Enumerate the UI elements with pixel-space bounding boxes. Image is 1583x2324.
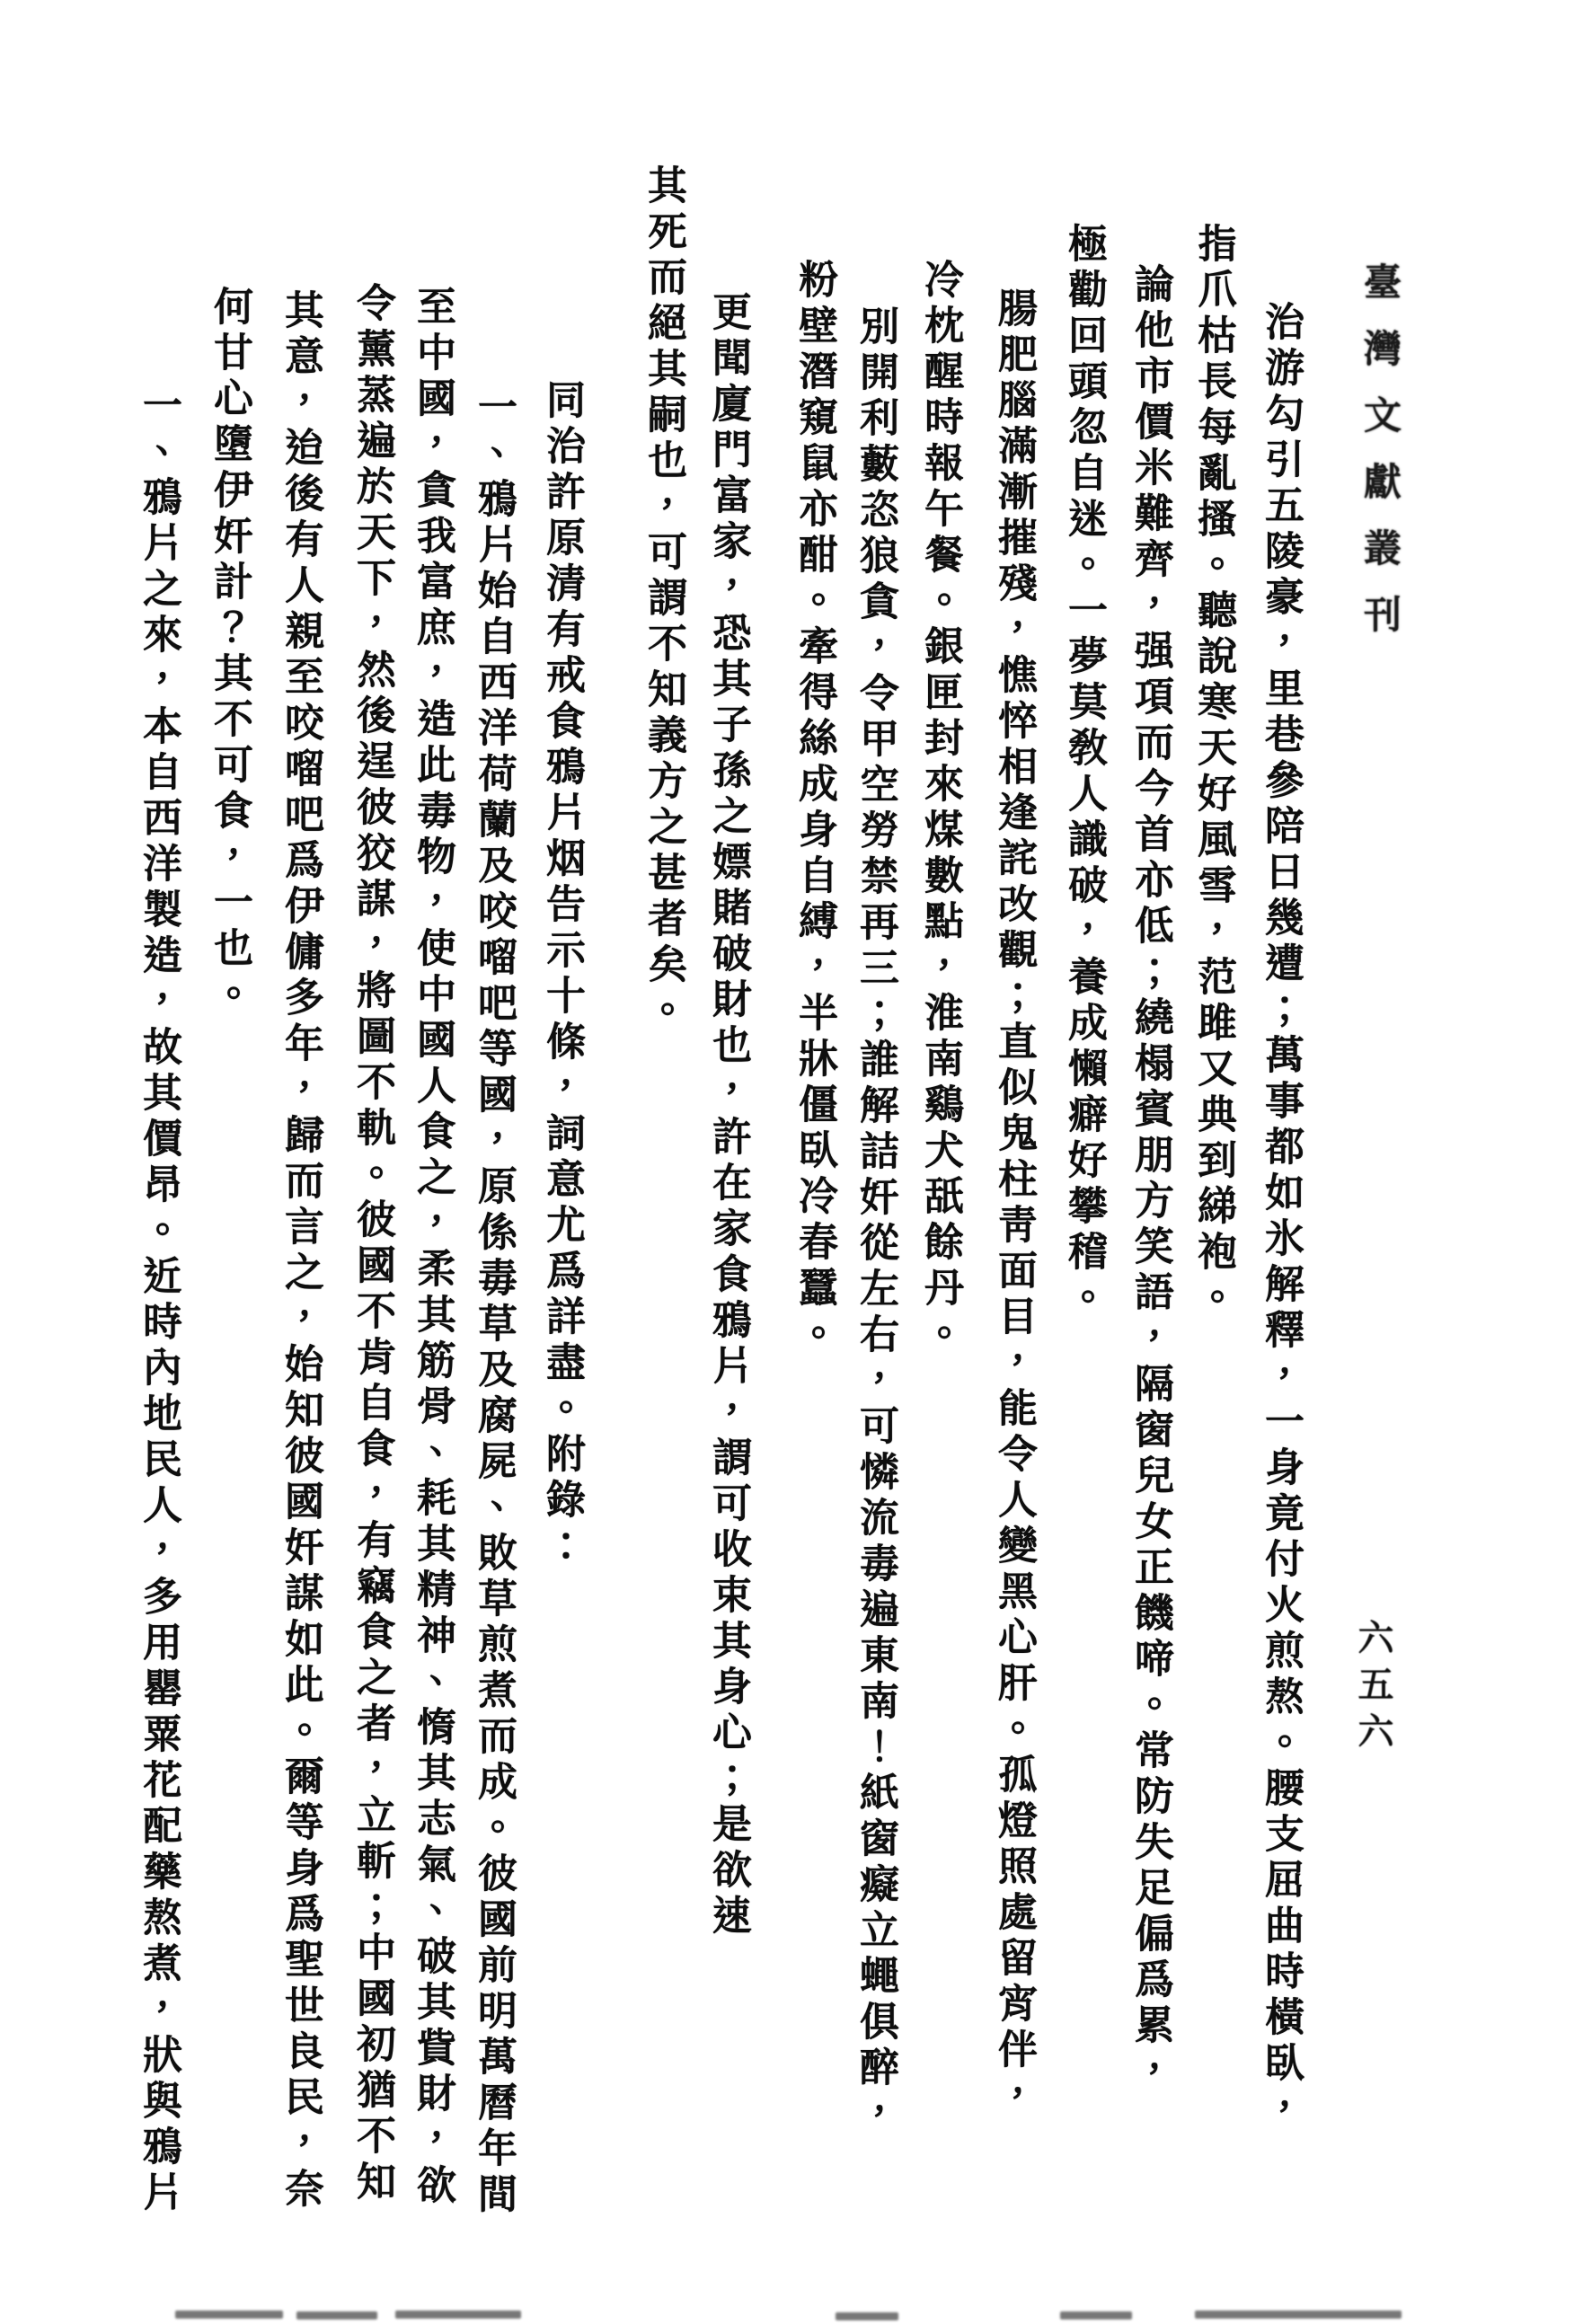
text-column: 何甘心墮伊奸計？其不可食，一也。 (207, 286, 252, 1019)
text-column: 至中國，貪我富庶，造此毒物，使中國人食之，柔其筋骨、耗其精神、惰其志氣、破其貲財… (410, 286, 455, 2210)
text-column: 粉壁潛窺鼠亦酣。牽得絲成身自縛，半牀僵臥冷春蠶。 (791, 259, 836, 1358)
text-column: 其意，迨後有人親至咬𠺕吧爲伊傭多年，歸而言之，始知彼國奸謀如此。爾等身爲聖世良民… (278, 289, 323, 2214)
text-column: 令薰蒸遍於天下，然後逞彼狡謀，將圖不軌。彼國不肯自食，有竊食之者，立斬；中國初猶… (349, 282, 394, 2206)
text-column: 治游勾引五陵豪，里巷參陪日幾遭；萬事都如氷解釋，一身竟付火煎熬。腰支屈曲時橫臥， (1258, 301, 1303, 2134)
text-column: 論他市價米難齊，强項而今首亦低；繞榻賓朋方笑語，隔窗兒女正饑啼。常防失足偏爲累， (1128, 263, 1172, 2096)
scan-noise-fragment (1060, 2311, 1132, 2320)
scan-noise-fragment (1195, 2311, 1402, 2319)
text-column: 別開利藪恣狼貪，令甲空勞禁再三；誰解詰奸從左右，可憐流毒遍東南！紙窗癡立蠅俱醉， (853, 305, 898, 2138)
scan-noise-fragment (175, 2311, 283, 2319)
text-column: 同治許原清有戒食鴉片烟告示十條，詞意尤爲詳盡。附錄： (539, 379, 584, 1570)
text-column: 指爪枯長每亂搔。聽說寒天好風雪，范雎又典到綈袍。 (1190, 223, 1235, 1322)
scan-noise-fragment (296, 2311, 377, 2320)
text-column: 一、鴉片始自西洋荷蘭及咬𠺕吧等國，原係毒草及腐屍、敗草煎煮而成。彼國前明萬曆年間 (471, 386, 516, 2219)
page-number: 六五六 (1348, 1619, 1399, 1759)
text-column: 其死而絕其嗣也，可謂不知義方之甚者矣。 (641, 164, 685, 1035)
scan-noise-fragment (836, 2312, 898, 2320)
series-title: 臺灣文獻叢刊 (1353, 262, 1407, 661)
text-column: 腸肥腦滿漸摧殘，憔悴相逢詫改觀；直似鬼柱靑面目，能令人變黑心肝。孤燈照處留宵伴， (991, 287, 1036, 2120)
text-column: 冷枕醒時報午餐。銀匣封來煤數點，淮南鷄犬舐餘丹。 (917, 259, 962, 1358)
scanned-page: 臺灣文獻叢刊 六五六 治游勾引五陵豪，里巷參陪日幾遭；萬事都如氷解釋，一身竟付火… (0, 0, 1583, 2324)
text-column: 一、鴉片之來，本自西洋製造，故其價昂。近時內地民人，多用罌粟花配藥熬煮，狀與鴉片 (136, 384, 181, 2217)
text-column: 極勸回頭忽自迷。一夢莫敎人識破，養成懶癖好攀稽。 (1061, 223, 1106, 1322)
text-column: 更聞廈門富家，恐其子孫之嫖賭破財也，許在家食鴉片，謂可收束其身心；是欲速 (705, 291, 750, 1940)
scan-noise-fragment (395, 2311, 521, 2319)
